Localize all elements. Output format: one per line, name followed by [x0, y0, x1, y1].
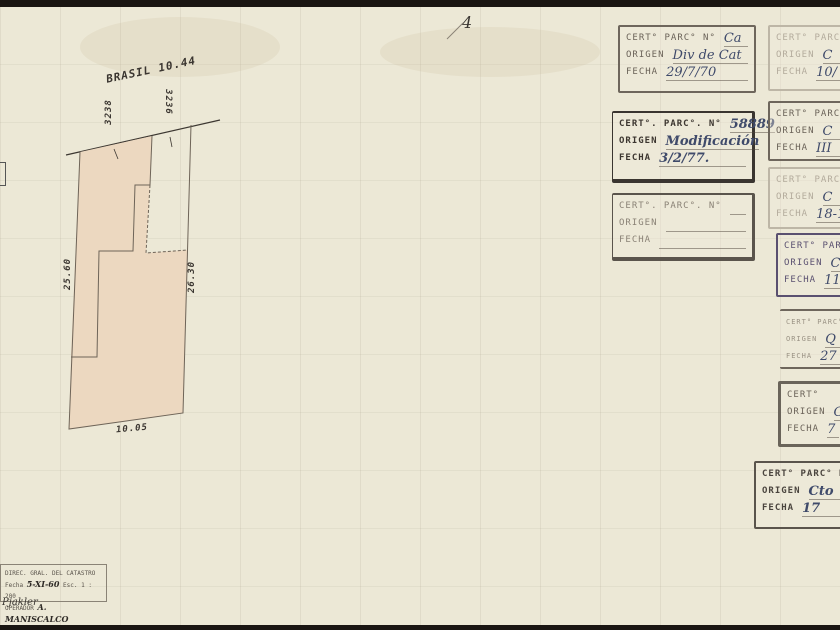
certificate-stamp-6: CERT° PARC° ORIGENC FECHA18-1-: [768, 167, 840, 229]
cert-number: Ca: [724, 31, 748, 47]
origen-value: Div de Cat: [673, 48, 748, 64]
certificate-stamp-1: CERT° PARC° N°Ca ORIGENDiv de Cat FECHA2…: [618, 25, 756, 93]
page-mark-stroke: [445, 21, 465, 41]
signature: Pjakler: [2, 597, 38, 608]
dimension-right: 26.30: [187, 261, 197, 293]
certificate-stamp-5-blank: CERT°. PARC°. N° ORIGEN FECHA: [612, 193, 755, 261]
plan-date: 5-XI-60: [27, 579, 60, 589]
fecha-value: 3/2/77.: [659, 151, 746, 167]
certificate-stamp-3: CERT°. PARC°. N°58889 ORIGENModificación…: [612, 111, 755, 183]
origen-value: Modificación: [666, 134, 760, 150]
certificate-stamp-8: CERT° PARC° ORIGENQ FECHA27: [780, 309, 840, 369]
street-number-3238: 3238: [104, 99, 114, 125]
fecha-value: 29/7/70: [666, 65, 748, 81]
certificate-stamp-7: CERT° PARC° ORIGENC FECHA11-: [776, 233, 840, 297]
certificate-stamp-2: CERT° PARC° N° ORIGENC FECHA10/: [768, 25, 840, 91]
certificate-stamp-9: CERT° ORIGENC FECHA7: [778, 381, 840, 447]
certificate-stamp-4: CERT° PARC° N° ORIGENC FECHAIII: [768, 101, 840, 161]
office-title: DIREC. GRAL. DEL CATASTRO: [5, 568, 102, 579]
paper-stain: [380, 27, 600, 77]
document-sheet: 4 BRASIL 10.44 3238 3236 25.60 26.30 10.…: [0, 7, 840, 625]
certificate-stamp-10: CERT° PARC° N° ORIGENCto FECHA17: [754, 461, 840, 529]
street-number-3236: 3236: [163, 89, 173, 115]
dimension-left: 25.60: [63, 258, 73, 290]
